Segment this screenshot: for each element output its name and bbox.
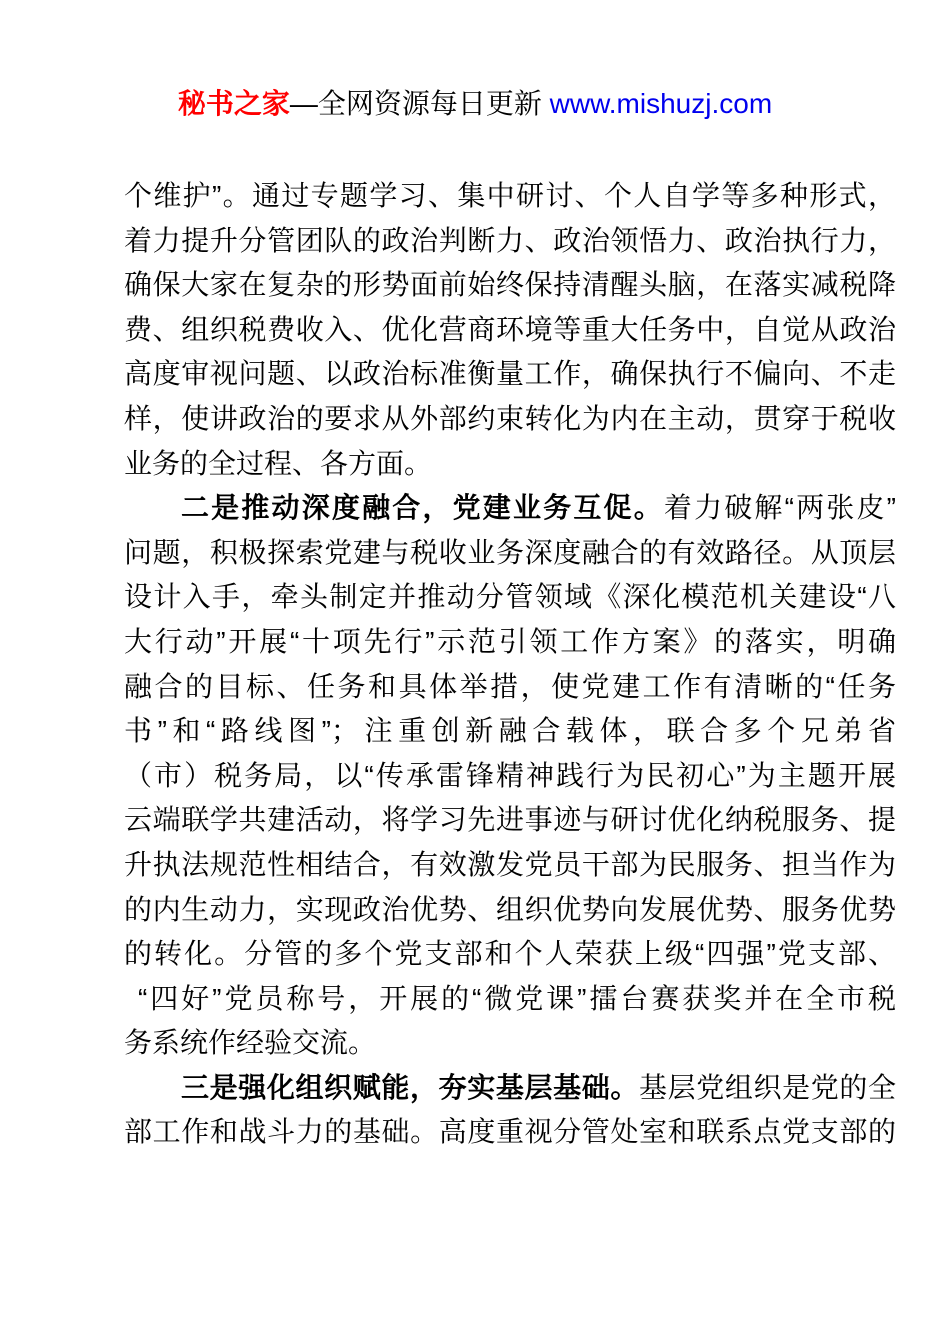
body-line-text: 务系统作经验交流。: [124, 1027, 376, 1058]
body-line-text: “四好”党员称号，开展的“微党课”擂台赛获奖并在全市税: [138, 983, 896, 1014]
paragraph-lead: 三是强化组织赋能，夯实基层基础。: [181, 1072, 639, 1103]
document-page: 秘书之家—全网资源每日更新 www.mishuzj.com 个维护”。通过专题学…: [0, 0, 950, 1344]
body-line-text: 着力破解“两张皮”: [664, 492, 896, 523]
body-line-text: 确保大家在复杂的形势面前始终保持清醒头脑，在落实减税降: [124, 269, 896, 300]
body-line: 云端联学共建活动，将学习先进事迹与研讨优化纳税服务、提: [124, 798, 896, 843]
body-line-text: 业务的全过程、各方面。: [124, 448, 432, 479]
body-line-text: 设计入手，牵头制定并推动分管领域《深化模范机关建设“八: [124, 581, 896, 612]
body-line-text: 高度审视问题、以政治标准衡量工作，确保执行不偏向、不走: [124, 358, 896, 389]
body-line: 部工作和战斗力的基础。高度重视分管处室和联系点党支部的: [124, 1110, 896, 1155]
body-line-text: 着力提升分管团队的政治判断力、政治领悟力、政治执行力，: [124, 225, 896, 256]
body-line: 的转化。分管的多个党支部和个人荣获上级“四强”党支部、: [124, 932, 896, 977]
body-line: 务系统作经验交流。: [124, 1021, 896, 1066]
body-line-text: 个维护”。通过专题学习、集中研讨、个人自学等多种形式，: [124, 180, 896, 211]
body-line-text: 的内生动力，实现政治优势、组织优势向发展优势、服务优势: [124, 894, 896, 925]
body-line-text: 大行动”开展“十项先行”示范引领工作方案》的落实，明确: [124, 626, 896, 657]
body-line: 着力提升分管团队的政治判断力、政治领悟力、政治执行力，: [124, 219, 896, 264]
body-line: 设计入手，牵头制定并推动分管领域《深化模范机关建设“八: [124, 575, 896, 620]
body-line: （市）税务局，以“传承雷锋精神践行为民初心”为主题开展: [124, 754, 896, 799]
site-header: 秘书之家—全网资源每日更新 www.mishuzj.com: [0, 84, 950, 124]
body-line-text: 基层党组织是党的全: [639, 1072, 896, 1103]
body-line: 确保大家在复杂的形势面前始终保持清醒头脑，在落实减税降: [124, 263, 896, 308]
body-line-text: 云端联学共建活动，将学习先进事迹与研讨优化纳税服务、提: [124, 804, 896, 835]
body-line: 二是推动深度融合，党建业务互促。着力破解“两张皮”: [124, 486, 896, 531]
body-line: 书”和“路线图”；注重创新融合载体，联合多个兄弟省: [124, 709, 896, 754]
body-line: 升执法规范性相结合，有效激发党员干部为民服务、担当作为: [124, 843, 896, 888]
body-line-text: 的转化。分管的多个党支部和个人荣获上级“四强”党支部、: [124, 938, 896, 969]
body-line: 问题，积极探索党建与税收业务深度融合的有效路径。从顶层: [124, 531, 896, 576]
body-line: 融合的目标、任务和具体举措，使党建工作有清晰的“任务: [124, 665, 896, 710]
body-line: 个维护”。通过专题学习、集中研讨、个人自学等多种形式，: [124, 174, 896, 219]
body-line: 样，使讲政治的要求从外部约束转化为内在主动，贯穿于税收: [124, 397, 896, 442]
body-line-text: 问题，积极探索党建与税收业务深度融合的有效路径。从顶层: [124, 537, 896, 568]
body-line-text: 部工作和战斗力的基础。高度重视分管处室和联系点党支部的: [124, 1116, 896, 1147]
body-line: 的内生动力，实现政治优势、组织优势向发展优势、服务优势: [124, 888, 896, 933]
site-tagline: —全网资源每日更新: [290, 88, 550, 119]
body-line-text: 费、组织税费收入、优化营商环境等重大任务中，自觉从政治: [124, 314, 896, 345]
paragraph-lead: 二是推动深度融合，党建业务互促。: [181, 492, 664, 523]
site-url-link[interactable]: www.mishuzj.com: [550, 88, 772, 119]
body-line: 三是强化组织赋能，夯实基层基础。基层党组织是党的全: [124, 1066, 896, 1111]
body-line: 大行动”开展“十项先行”示范引领工作方案》的落实，明确: [124, 620, 896, 665]
body-line-text: 融合的目标、任务和具体举措，使党建工作有清晰的“任务: [124, 671, 896, 702]
body-line-text: 样，使讲政治的要求从外部约束转化为内在主动，贯穿于税收: [124, 403, 896, 434]
body-line: 费、组织税费收入、优化营商环境等重大任务中，自觉从政治: [124, 308, 896, 353]
body-line-text: 升执法规范性相结合，有效激发党员干部为民服务、担当作为: [124, 849, 896, 880]
document-body: 个维护”。通过专题学习、集中研讨、个人自学等多种形式， 着力提升分管团队的政治判…: [124, 174, 896, 1155]
site-name: 秘书之家: [178, 88, 290, 119]
body-line: “四好”党员称号，开展的“微党课”擂台赛获奖并在全市税: [124, 977, 896, 1022]
body-line: 业务的全过程、各方面。: [124, 442, 896, 487]
body-line: 高度审视问题、以政治标准衡量工作，确保执行不偏向、不走: [124, 352, 896, 397]
body-line-text: 书”和“路线图”；注重创新融合载体，联合多个兄弟省: [124, 715, 896, 746]
body-line-text: （市）税务局，以“传承雷锋精神践行为民初心”为主题开展: [124, 760, 896, 791]
